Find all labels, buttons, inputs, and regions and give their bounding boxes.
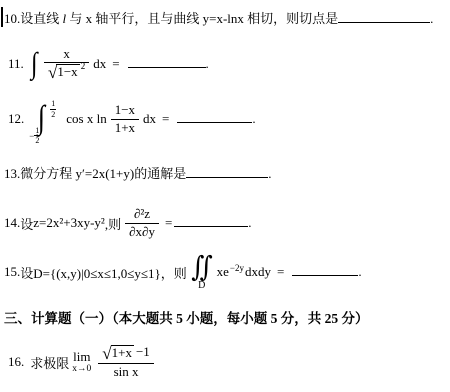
partial-derivative-fraction: ∂²z ∂x∂y [125, 207, 159, 240]
answer-area: =. [165, 215, 252, 231]
radicand: 1−x [56, 64, 79, 80]
fraction-numerator: 1−x [111, 103, 139, 120]
problem-number: 13. [4, 166, 20, 181]
section-title: 三、计算题（一）（本大题共 5 小题，每小题 5 分，共 25 分） [4, 311, 369, 326]
problem-11: 11. ∫ x √1−x 2 dx =. [8, 42, 209, 86]
lower-limit: −12 [29, 126, 40, 146]
problem-text: 设 [20, 214, 33, 233]
problem-14: 14.设 z=2x²+3xy-y²,则 ∂²z ∂x∂y =. [4, 203, 252, 243]
period: . [358, 264, 361, 279]
double-integral: ∬ D [190, 253, 214, 291]
problem-text: 求极限 [30, 353, 69, 372]
problem-text: 则 [174, 263, 187, 282]
limit-numerator: 1 [34, 126, 40, 137]
answer-blank-15 [292, 274, 358, 276]
exponent: −2y [230, 263, 244, 273]
exam-page: 10.设直线 l 与 x 轴平行，且与曲线 y=x-lnx 相切，则切点是. 1… [0, 0, 450, 392]
fraction-numerator: ∂²z [125, 207, 159, 224]
equals-sign: = [165, 215, 172, 230]
equals-sign: = [277, 264, 284, 279]
differential: dx [143, 111, 156, 127]
fraction: √1+x −1 sin x [98, 345, 154, 380]
double-integral-sign: ∬ [191, 253, 212, 283]
limit-fraction: 12 [50, 99, 56, 119]
equation-text: y′=2x(1+y) [76, 166, 135, 181]
equals-sign: = [162, 111, 169, 126]
integrand-text: cos x ln [66, 111, 106, 127]
fraction-numerator: √1+x −1 [98, 345, 154, 364]
answer-area: =. [162, 111, 256, 127]
equation-text: z=2x²+3xy-y² [33, 215, 105, 231]
answer-area: =. [112, 56, 209, 72]
answer-blank-11 [128, 66, 206, 68]
minus-one: −1 [136, 345, 150, 360]
exponent: 2 [81, 61, 86, 71]
differential: dx [93, 56, 106, 72]
problem-13: 13.微分方程 y′=2x(1+y)的通解是. [4, 163, 271, 182]
period: . [248, 215, 251, 230]
answer-blank-13 [186, 176, 268, 178]
problem-text: 设 [20, 263, 33, 282]
problem-number: 10. [4, 11, 20, 26]
answer-blank-14 [174, 225, 248, 227]
problem-12: 12. ∫ 12 −12 cos x ln 1−x 1+x dx =. [8, 94, 256, 144]
limit-subscript: x→0 [72, 365, 91, 375]
problem-number: 16. [8, 354, 24, 370]
fraction-denominator: 1+x [111, 120, 139, 136]
period: . [252, 111, 255, 126]
problem-15: 15.设 D={(x,y)|0≤x≤1,0≤y≤1}，则 ∬ D xe−2ydx… [4, 250, 362, 294]
problem-text: 的通解是 [134, 166, 186, 181]
problem-16: 16.求极限 lim x→0 √1+x −1 sin x [8, 336, 158, 388]
text-cursor [1, 7, 3, 27]
limit-fraction: 12 [34, 126, 40, 146]
definite-integral: ∫ 12 −12 [28, 95, 66, 143]
limit-numerator: 1 [50, 99, 56, 110]
limit-denominator: 2 [50, 110, 56, 120]
answer-area: =. [277, 264, 362, 280]
period: . [206, 56, 209, 71]
period: . [268, 166, 271, 181]
answer-blank-12 [177, 121, 252, 123]
problem-number: 14. [4, 215, 20, 231]
section-header: 三、计算题（一）（本大题共 5 小题，每小题 5 分，共 25 分） [4, 307, 369, 327]
lim-text: lim [73, 350, 90, 363]
fraction-denominator: √1−x 2 [44, 63, 89, 81]
problem-number: 15. [4, 264, 20, 280]
problem-10: 10.设直线 l 与 x 轴平行，且与曲线 y=x-lnx 相切，则切点是. [4, 8, 433, 27]
fraction-denominator: sin x [98, 364, 154, 380]
integral-sign: ∫ [31, 47, 38, 81]
differential: dxdy [245, 264, 271, 280]
radicand: 1+x [111, 345, 134, 361]
radical: √1+x [102, 345, 134, 362]
limit-operator: lim x→0 [72, 350, 91, 375]
equals-sign: = [112, 56, 119, 71]
problem-text: 设直线 [20, 11, 62, 26]
set-definition: D={(x,y)|0≤x≤1,0≤y≤1}， [33, 263, 174, 282]
problem-text: 与 x 轴平行，且与曲线 y=x-lnx 相切，则切点是 [66, 11, 338, 26]
fraction-denominator: ∂x∂y [125, 224, 159, 240]
fraction: x √1−x 2 [44, 47, 89, 82]
integrand-text: xe [217, 264, 229, 280]
upper-limit: 12 [50, 94, 56, 119]
fraction: 1−x 1+x [111, 103, 139, 136]
problem-number: 12. [8, 111, 24, 127]
radical: √1−x [48, 64, 80, 81]
answer-blank-10 [338, 21, 430, 23]
limit-denominator: 2 [34, 136, 40, 146]
problem-text: ,则 [105, 214, 121, 233]
problem-number: 11. [8, 56, 24, 72]
problem-text: 微分方程 [20, 166, 75, 181]
period: . [430, 11, 433, 26]
